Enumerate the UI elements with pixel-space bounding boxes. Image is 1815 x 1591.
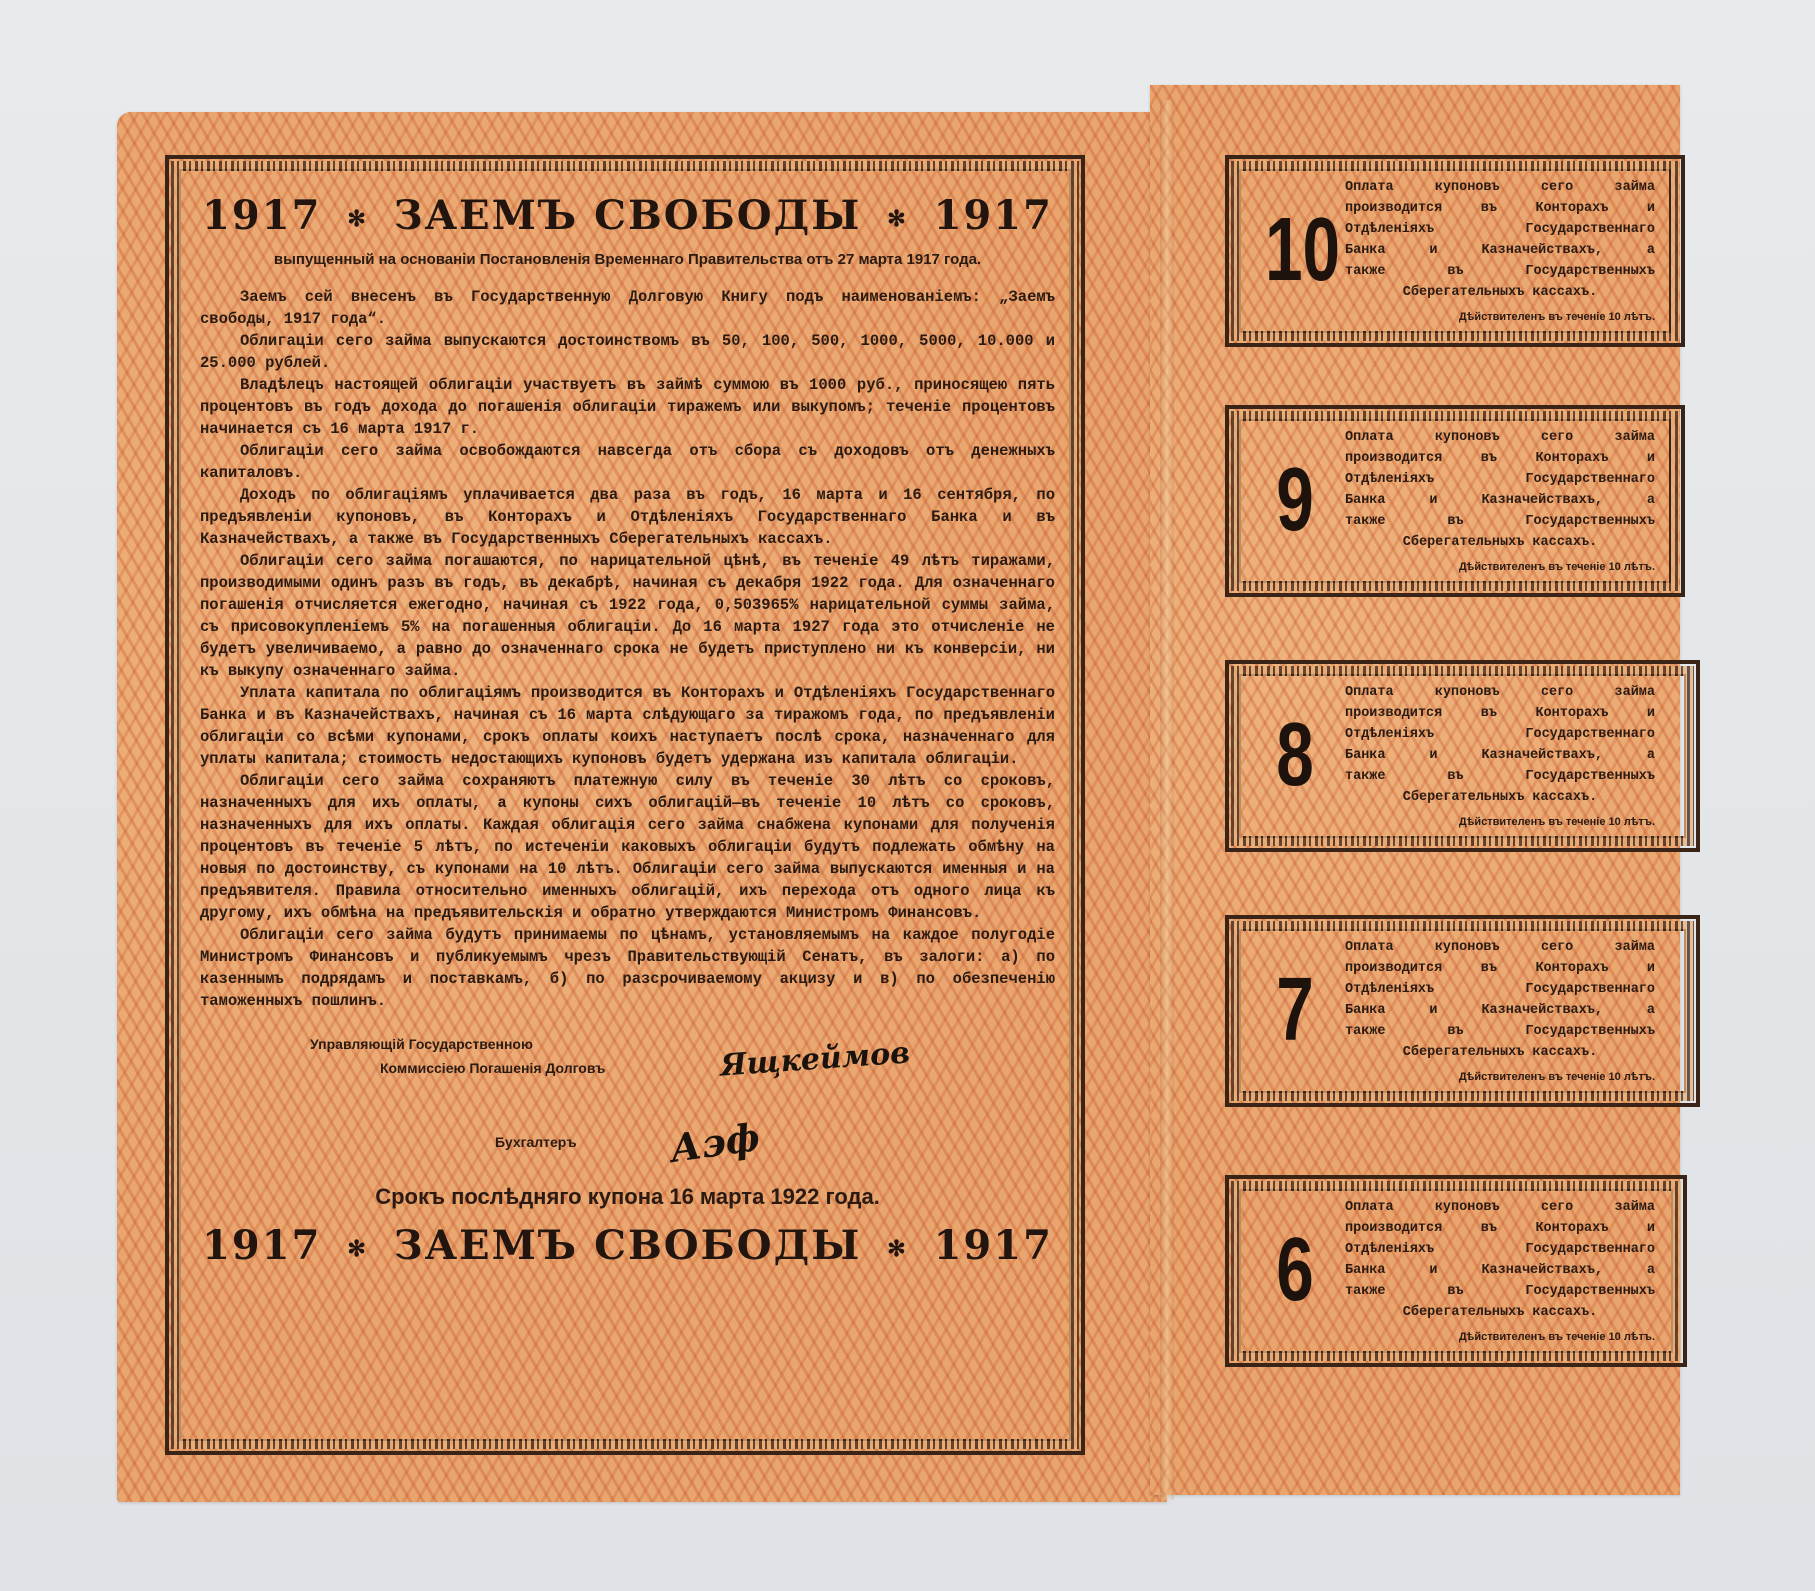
bond-title-top: 1917 ✻ ЗАЕМЪ СВОБОДЫ ✻ 1917 — [200, 192, 1055, 239]
coupon-line: Отдѣленіяхъ Государственнаго — [1345, 1239, 1655, 1260]
coupon-line: Оплата купоновъ сего займа — [1345, 1197, 1655, 1218]
coupon-line: Банка и Казначействахъ, а — [1345, 745, 1655, 766]
coupon-number: 8 — [1265, 700, 1325, 810]
coupon-number: 7 — [1265, 955, 1325, 1065]
coupon-validity: Дѣйствителенъ въ теченіе 10 лѣтъ. — [1345, 1331, 1655, 1343]
paragraph: Облигаціи сего займа погашаются, по нари… — [200, 550, 1055, 682]
coupon-line: Сберегательныхъ кассахъ. — [1345, 532, 1655, 553]
coupon-text: Оплата купоновъ сего займа производится … — [1345, 1197, 1655, 1323]
coupon-line: Оплата купоновъ сего займа — [1345, 177, 1655, 198]
paragraph: Облигаціи сего займа сохраняютъ платежну… — [200, 770, 1055, 924]
coupon-line: Сберегательныхъ кассахъ. — [1345, 282, 1655, 303]
coupon-line: Отдѣленіяхъ Государственнаго — [1345, 219, 1655, 240]
coupon-text: Оплата купоновъ сего займа производится … — [1345, 177, 1655, 303]
coupon-line: также въ Государственныхъ — [1345, 766, 1655, 787]
coupon-number: 6 — [1265, 1215, 1325, 1325]
coupon-validity: Дѣйствителенъ въ теченіе 10 лѣтъ. — [1345, 1071, 1655, 1083]
coupon-text: Оплата купоновъ сего займа производится … — [1345, 937, 1655, 1063]
coupon-number: 9 — [1265, 445, 1325, 555]
coupon-line: производится въ Конторахъ и — [1345, 703, 1655, 724]
manager-title-line2: Коммиссіею Погашенія Долговъ — [380, 1060, 605, 1076]
title-year-left: 1917 — [202, 192, 321, 239]
coupon-line: также въ Государственныхъ — [1345, 1021, 1655, 1042]
last-coupon-date: Срокъ послѣдняго купона 16 марта 1922 го… — [200, 1184, 1055, 1210]
manager-signature: Ящкеймов — [719, 1035, 911, 1083]
bond-title-bottom: 1917 ✻ ЗАЕМЪ СВОБОДЫ ✻ 1917 — [200, 1222, 1055, 1269]
coupon-line: Сберегательныхъ кассахъ. — [1345, 787, 1655, 808]
coupon-text: Оплата купоновъ сего займа производится … — [1345, 682, 1655, 808]
accountant-label: Бухгалтеръ — [495, 1134, 577, 1150]
coupon-8: 8 Оплата купоновъ сего займа производитс… — [1225, 660, 1700, 852]
coupon-line: производится въ Конторахъ и — [1345, 198, 1655, 219]
coupon-line: Сберегательныхъ кассахъ. — [1345, 1042, 1655, 1063]
title-year-right: 1917 — [934, 1222, 1053, 1269]
coupon-line: также въ Государственныхъ — [1345, 1281, 1655, 1302]
coupon-6: 6 Оплата купоновъ сего займа производитс… — [1225, 1175, 1687, 1367]
coupon-7: 7 Оплата купоновъ сего займа производитс… — [1225, 915, 1700, 1107]
coupon-line: Отдѣленіяхъ Государственнаго — [1345, 469, 1655, 490]
paragraph: Доходъ по облигаціямъ уплачивается два р… — [200, 484, 1055, 550]
coupon-validity: Дѣйствителенъ въ теченіе 10 лѣтъ. — [1345, 311, 1655, 323]
coupon-line: производится въ Конторахъ и — [1345, 448, 1655, 469]
coupon-line: Оплата купоновъ сего займа — [1345, 682, 1655, 703]
paragraph: Облигаціи сего займа будутъ принимаемы п… — [200, 924, 1055, 1012]
title-year-right: 1917 — [934, 192, 1053, 239]
coupon-10: 10 Оплата купоновъ сего займа производит… — [1225, 155, 1685, 347]
coupon-line: Отдѣленіяхъ Государственнаго — [1345, 979, 1655, 1000]
bond-body: 1917 ✻ ЗАЕМЪ СВОБОДЫ ✻ 1917 выпущенный н… — [200, 180, 1055, 1269]
coupon-9: 9 Оплата купоновъ сего займа производитс… — [1225, 405, 1685, 597]
coupon-line: производится въ Конторахъ и — [1345, 958, 1655, 979]
paragraph: Облигаціи сего займа освобождаются навсе… — [200, 440, 1055, 484]
accountant-signature: Аэф — [667, 1114, 762, 1171]
paragraph: Облигаціи сего займа выпускаются достоин… — [200, 330, 1055, 374]
bond-subtitle: выпущенный на основаніи Постановленія Вр… — [200, 251, 1055, 268]
coupon-line: Банка и Казначействахъ, а — [1345, 1000, 1655, 1021]
coupon-validity: Дѣйствителенъ въ теченіе 10 лѣтъ. — [1345, 816, 1655, 828]
coupon-line: Банка и Казначействахъ, а — [1345, 240, 1655, 261]
asterisk-ornament-icon: ✻ — [347, 1236, 367, 1262]
coupon-line: Оплата купоновъ сего займа — [1345, 937, 1655, 958]
signature-block: Управляющій Государственною Коммиссіею П… — [200, 1036, 1055, 1176]
title-year-left: 1917 — [202, 1222, 321, 1269]
asterisk-ornament-icon: ✻ — [347, 206, 367, 232]
paragraph: Владѣлецъ настоящей облигаціи участвуетъ… — [200, 374, 1055, 440]
asterisk-ornament-icon: ✻ — [887, 206, 907, 232]
title-name: ЗАЕМЪ СВОБОДЫ — [394, 192, 862, 239]
coupon-line: производится въ Конторахъ и — [1345, 1218, 1655, 1239]
manager-title-line1: Управляющій Государственною — [310, 1036, 533, 1052]
coupon-line: Банка и Казначействахъ, а — [1345, 1260, 1655, 1281]
bond-terms: Заемъ сей внесенъ въ Государственную Дол… — [200, 286, 1055, 1012]
coupon-line: Оплата купоновъ сего займа — [1345, 427, 1655, 448]
coupon-validity: Дѣйствителенъ въ теченіе 10 лѣтъ. — [1345, 561, 1655, 573]
coupon-line: Банка и Казначействахъ, а — [1345, 490, 1655, 511]
coupon-text: Оплата купоновъ сего займа производится … — [1345, 427, 1655, 553]
paragraph: Заемъ сей внесенъ въ Государственную Дол… — [200, 286, 1055, 330]
coupon-number: 10 — [1265, 195, 1325, 305]
asterisk-ornament-icon: ✻ — [887, 1236, 907, 1262]
paragraph: Уплата капитала по облигаціямъ производи… — [200, 682, 1055, 770]
coupon-line: Сберегательныхъ кассахъ. — [1345, 1302, 1655, 1323]
coupon-line: также въ Государственныхъ — [1345, 261, 1655, 282]
fold-crease — [1160, 100, 1174, 1500]
coupon-line: также въ Государственныхъ — [1345, 511, 1655, 532]
coupon-line: Отдѣленіяхъ Государственнаго — [1345, 724, 1655, 745]
title-name: ЗАЕМЪ СВОБОДЫ — [394, 1222, 862, 1269]
